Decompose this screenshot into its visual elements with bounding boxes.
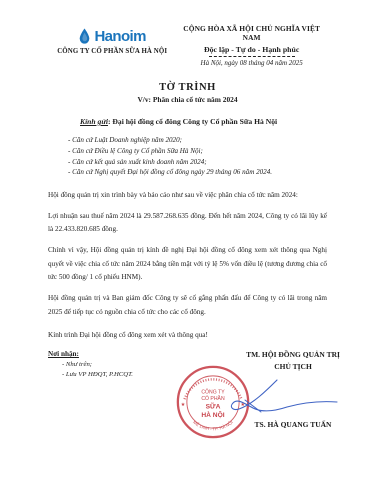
body-paragraph-profit: Lợi nhuận sau thuế năm 2024 là 29.587.26… xyxy=(48,210,327,237)
legal-ground-item: - Căn cứ Điều lệ Công ty Cổ phần Sữa Hà … xyxy=(68,146,327,157)
salutation-line: Kính gửi: Đại hội đồng cổ đông Công ty C… xyxy=(48,117,327,126)
legal-ground-item: - Căn cứ kết quả sản xuất kinh doanh năm… xyxy=(68,157,327,168)
header: Hanoim CÔNG TY CỔ PHẦN SỮA HÀ NỘI CỘNG H… xyxy=(48,24,327,67)
national-header: CỘNG HÒA XÃ HỘI CHỦ NGHĨA VIỆT NAM Độc l… xyxy=(176,24,327,67)
document-title: TỜ TRÌNH xyxy=(48,82,327,93)
title-block: TỜ TRÌNH V/v: Phân chia cổ tức năm 2024 xyxy=(48,82,327,104)
national-motto-line2: Độc lập - Tự do - Hạnh phúc xyxy=(176,45,327,54)
salutation-label: Kính gửi xyxy=(80,117,108,126)
footer: Nơi nhận: - Như trên; - Lưu VP HĐQT, P.H… xyxy=(48,350,327,480)
water-drop-icon xyxy=(78,28,91,45)
body-paragraph-intro: Hội đồng quản trị xin trình bày và báo c… xyxy=(48,189,327,203)
body-paragraph-commitment: Hội đồng quản trị và Ban giám đốc Công t… xyxy=(48,292,327,319)
signing-authority: TM. HỘI ĐỒNG QUẢN TRỊ xyxy=(208,350,371,359)
recipients-label: Nơi nhận: xyxy=(48,350,198,358)
place-date-line: Hà Nội, ngày 08 tháng 04 năm 2025 xyxy=(176,59,327,67)
document-subject: V/v: Phân chia cổ tức năm 2024 xyxy=(48,95,327,104)
motto-divider xyxy=(209,56,295,57)
national-motto-line1: CỘNG HÒA XÃ HỘI CHỦ NGHĨA VIỆT NAM xyxy=(176,24,327,42)
body-paragraph-proposal: Chính vì vậy, Hội đồng quản trị kính đề … xyxy=(48,244,327,285)
document-page: Hanoim CÔNG TY CỔ PHẦN SỮA HÀ NỘI CỘNG H… xyxy=(0,0,371,480)
company-logo: Hanoim xyxy=(48,28,176,45)
legal-ground-item: - Căn cứ Luật Doanh nghiệp năm 2020; xyxy=(68,135,327,146)
brand-wordmark: Hanoim xyxy=(94,29,145,44)
signer-name: TS. HÀ QUANG TUẤN xyxy=(208,420,371,429)
company-block: Hanoim CÔNG TY CỔ PHẦN SỮA HÀ NỘI xyxy=(48,24,176,55)
body-paragraph-closing: Kính trình Đại hội đồng cổ đông xem xét … xyxy=(48,329,327,343)
stamp-star-left: ★ xyxy=(181,402,186,408)
company-name: CÔNG TY CỔ PHẦN SỮA HÀ NỘI xyxy=(48,48,176,55)
salutation-recipient: : Đại hội đồng cổ đông Công ty Cổ phần S… xyxy=(108,117,277,126)
legal-grounds-list: - Căn cứ Luật Doanh nghiệp năm 2020; - C… xyxy=(48,135,327,178)
legal-ground-item: - Căn cứ Nghị quyết Đại hội đồng cổ đông… xyxy=(68,167,327,178)
handwritten-signature xyxy=(215,378,340,420)
